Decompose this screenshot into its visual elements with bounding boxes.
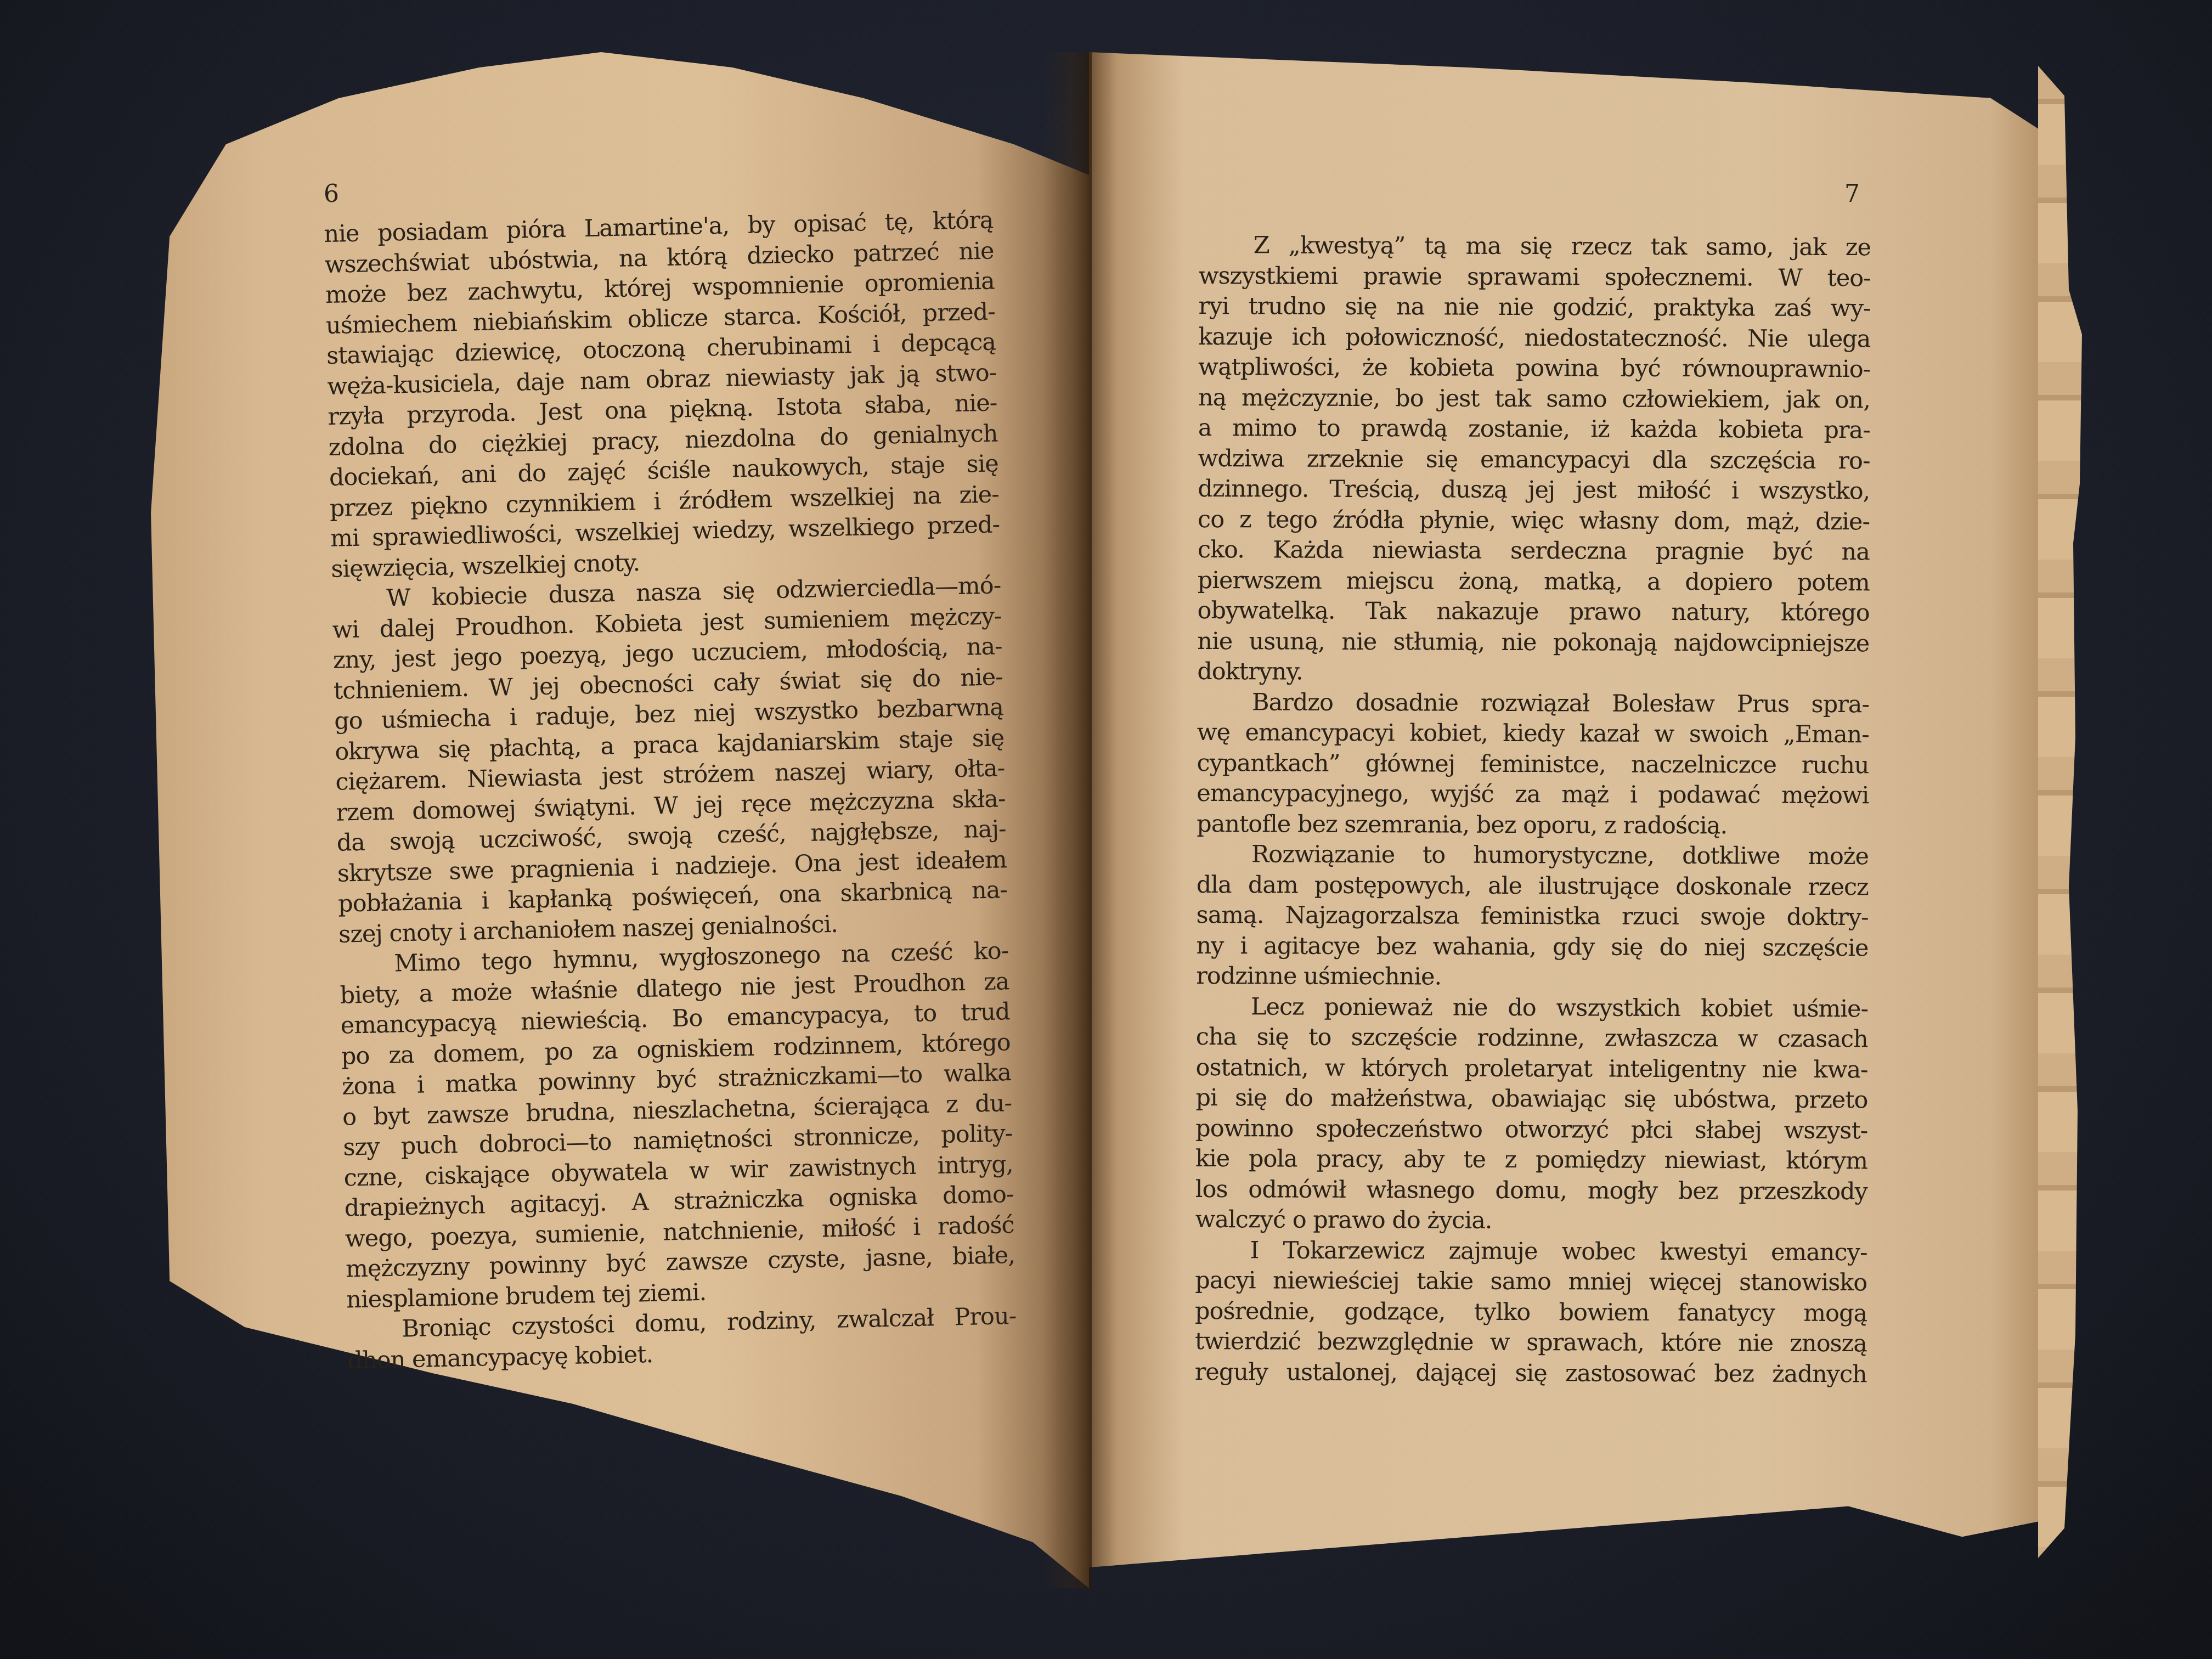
page-number-right: 7 <box>1844 180 1860 208</box>
text-line: twierdzić bezwzględnie w sprawach, które… <box>1195 1327 1867 1359</box>
text-line: a mimo to prawdą zostanie, iż każda kobi… <box>1198 413 1870 446</box>
text-line: doktryny. <box>1197 657 1869 690</box>
left-page-text: nie posiadam pióra Lamartine'a, by opisa… <box>324 205 1017 1376</box>
text-line: pierwszem miejscu żoną, matką, a dopiero… <box>1198 565 1870 598</box>
text-line: dla dam postępowych, ale ilustrujące dos… <box>1197 870 1869 902</box>
text-line: obywatelką. Tak nakazuje prawo natury, k… <box>1197 596 1869 629</box>
page-number-left: 6 <box>324 180 339 208</box>
text-line: nie usuną, nie stłumią, nie pokonają naj… <box>1197 626 1869 659</box>
text-line: I Tokarzewicz zajmuje wobec kwestyi eman… <box>1195 1235 1867 1268</box>
text-line: Lecz ponieważ nie do wszystkich kobiet u… <box>1196 991 1868 1024</box>
text-line: pantofle bez szemrania, bez oporu, z rad… <box>1197 809 1869 842</box>
text-line: rodzinne uśmiechnie. <box>1196 961 1868 994</box>
text-line: wę emancypacyi kobiet, kiedy kazał w swo… <box>1197 718 1869 751</box>
text-line: Rozwiązanie to humorystyczne, dotkliwe m… <box>1197 839 1869 872</box>
text-line: kazuje ich połowiczność, niedostatecznoś… <box>1198 321 1870 354</box>
text-line: pacyi niewieściej takie samo mniej więce… <box>1195 1266 1867 1299</box>
text-line: cypantkach” głównej feministce, naczelni… <box>1197 748 1869 781</box>
text-line: cko. Każda niewiasta serdeczna pragnie b… <box>1198 535 1870 568</box>
text-line: ną mężczyznie, bo jest tak samo człowiek… <box>1198 382 1870 415</box>
text-line: wdziwa zrzeknie się emancypacyi dla szcz… <box>1198 443 1870 476</box>
text-line: kie pola pracy, aby te z pomiędzy niewia… <box>1195 1144 1867 1177</box>
text-line: pi się do małżeństwa, obawiając się ubós… <box>1195 1083 1867 1116</box>
open-book: 6 7 nie posiadam pióra Lamartine'a, by o… <box>0 0 2212 1659</box>
text-line: los odmówił własnego domu, mogły bez prz… <box>1195 1174 1867 1207</box>
text-line: wątpliwości, że kobieta powina być równo… <box>1198 352 1870 385</box>
text-line: ny i agitacye bez wahania, gdy się do ni… <box>1196 930 1868 963</box>
text-line: samą. Najzagorzalsza feministka rzuci sw… <box>1197 900 1869 933</box>
text-line: emancypacyjnego, wyjść za mąż i podawać … <box>1197 778 1869 811</box>
text-line: reguły ustalonej, dającej się zastosować… <box>1195 1357 1867 1390</box>
text-line: dzinnego. Treścią, duszą jej jest miłość… <box>1198 474 1870 507</box>
right-page-text: Z „kwestyą” tą ma się rzecz tak samo, ja… <box>1195 230 1871 1390</box>
text-line: co z tego źródła płynie, więc własny dom… <box>1198 504 1870 537</box>
text-line: Z „kwestyą” tą ma się rzecz tak samo, ja… <box>1199 230 1871 263</box>
text-line: walczyć o prawo do życia. <box>1195 1205 1867 1238</box>
text-line: pośrednie, godzące, tylko bowiem fanatyc… <box>1195 1296 1867 1329</box>
text-line: wszystkiemi prawie sprawami społecznemi.… <box>1199 261 1871 294</box>
text-line: ryi trudno się na nie nie godzić, prakty… <box>1198 291 1870 324</box>
text-line: cha się to szczęście rodzinne, zwłaszcza… <box>1196 1022 1868 1055</box>
page-stack-edge <box>2038 66 2082 1558</box>
text-line: Bardzo dosadnie rozwiązał Bolesław Prus … <box>1197 687 1869 720</box>
text-line: ostatnich, w których proletaryat intelig… <box>1196 1052 1868 1085</box>
text-line: powinno społeczeństwo otworzyć płci słab… <box>1195 1113 1867 1146</box>
